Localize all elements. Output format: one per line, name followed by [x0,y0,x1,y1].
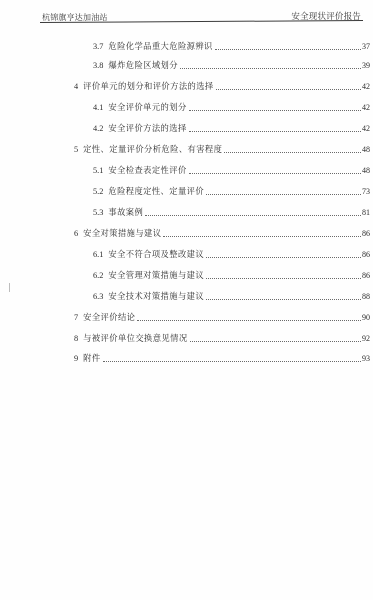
toc-entry-number: 5.1 [93,166,103,176]
toc-entry-page: 92 [362,334,370,344]
toc-entry-number: 4.1 [93,103,103,113]
toc-entry-3-7[interactable]: 3.7 危险化学品重大危险源辨识 37 [93,41,370,52]
toc-entry-5[interactable]: 5 定性、定量评价分析危险、有害程度 48 [74,144,370,155]
toc-entry-title: 事故案例 [108,207,143,217]
toc-dot-leader [145,214,361,216]
toc-entry-6-1[interactable]: 6.1 安全不符合项及整改建议 86 [93,249,370,260]
toc-dot-leader [189,172,361,174]
toc-entry-title: 安全评价方法的选择 [108,123,186,133]
toc-entry-page: 48 [362,166,370,176]
toc-entry-4-1[interactable]: 4.1 安全评价单元的划分 42 [93,102,370,113]
toc-entry-3-8[interactable]: 3.8 爆炸危险区域划分 39 [93,60,370,71]
toc-entry-number: 5 [74,145,78,155]
toc-dot-leader [137,319,361,321]
toc-entry-title: 安全不符合项及整改建议 [108,249,204,259]
toc-dot-leader [103,360,361,362]
toc-entry-6-3[interactable]: 6.3 安全技术对策措施与建议 88 [93,291,370,302]
toc-entry-number: 4.2 [93,124,103,134]
toc-entry-5-2[interactable]: 5.2 危险程度定性、定量评价 73 [93,186,370,197]
toc-dot-leader [206,256,361,258]
toc-entry-title: 爆炸危险区域划分 [108,60,178,70]
toc-dot-leader [216,88,361,90]
toc-entry-title: 安全技术对策措施与建议 [108,291,204,301]
toc-entry-title: 评价单元的划分和评价方法的选择 [83,81,213,91]
toc-entry-title: 安全评价单元的划分 [108,102,186,112]
toc-entry-title: 危险化学品重大危险源辨识 [108,41,212,51]
toc-entry-number: 4 [74,82,78,92]
toc-entry-page: 86 [362,229,370,239]
toc-entry-5-3[interactable]: 5.3 事故案例 81 [93,207,370,218]
toc-entry-title: 附件 [83,353,100,363]
toc-entry-title: 安全检查表定性评价 [108,165,186,175]
toc-entry-page: 88 [362,292,370,302]
toc-dot-leader [206,298,361,300]
toc-entry-8[interactable]: 8 与被评价单位交换意见情况 92 [74,333,370,344]
toc-entry-page: 81 [362,208,370,218]
toc-entry-title: 定性、定量评价分析危险、有害程度 [83,144,222,154]
toc-entry-number: 5.3 [93,208,103,218]
toc-dot-leader [189,109,361,111]
toc-entry-title: 危险程度定性、定量评价 [108,186,204,196]
toc-entry-title: 安全评价结论 [83,312,135,322]
toc-dot-leader [206,193,361,195]
toc-dot-leader [163,235,361,237]
toc-entry-6[interactable]: 6 安全对策措施与建议 86 [74,228,370,239]
toc-entry-page: 42 [362,103,370,113]
toc-entry-page: 42 [362,82,370,92]
toc-entry-9[interactable]: 9 附件 93 [74,353,370,364]
toc-entry-number: 3.8 [93,61,103,71]
toc-entry-page: 37 [362,42,370,52]
toc-entry-number: 6.1 [93,250,103,260]
document-page: 杭锦旗亨达加油站 安全现状评价报告 3.7 危险化学品重大危险源辨识 37 3.… [0,0,373,600]
toc-entry-title: 安全对策措施与建议 [83,228,161,238]
toc-dot-leader [190,340,361,342]
toc-entry-4-2[interactable]: 4.2 安全评价方法的选择 42 [93,123,370,134]
toc-entry-4[interactable]: 4 评价单元的划分和评价方法的选择 42 [74,81,370,92]
toc-entry-page: 86 [362,250,370,260]
toc-entry-number: 9 [74,354,78,364]
toc-entry-page: 86 [362,271,370,281]
toc-dot-leader [224,151,361,153]
toc-entry-number: 6.2 [93,271,103,281]
toc-dot-leader [206,277,361,279]
toc-entry-5-1[interactable]: 5.1 安全检查表定性评价 48 [93,165,370,176]
toc-entry-number: 6 [74,229,78,239]
toc-entry-7[interactable]: 7 安全评价结论 90 [74,312,370,323]
toc-dot-leader [215,48,361,50]
toc-entry-title: 安全管理对策措施与建议 [108,270,204,280]
toc-entry-page: 90 [362,313,370,323]
toc-entry-page: 73 [362,187,370,197]
toc-entry-page: 48 [362,145,370,155]
toc-entry-number: 3.7 [93,42,103,52]
toc-dot-leader [189,130,361,132]
toc-entry-page: 39 [362,61,370,71]
toc-entry-title: 与被评价单位交换意见情况 [83,333,187,343]
toc-entry-6-2[interactable]: 6.2 安全管理对策措施与建议 86 [93,270,370,281]
table-of-contents: 3.7 危险化学品重大危险源辨识 37 3.8 爆炸危险区域划分 39 4 评价… [0,0,373,600]
toc-entry-number: 5.2 [93,187,103,197]
toc-entry-number: 8 [74,334,78,344]
toc-entry-number: 7 [74,313,78,323]
toc-entry-page: 93 [362,354,370,364]
toc-entry-number: 6.3 [93,292,103,302]
toc-dot-leader [180,67,361,69]
toc-entry-page: 42 [362,124,370,134]
